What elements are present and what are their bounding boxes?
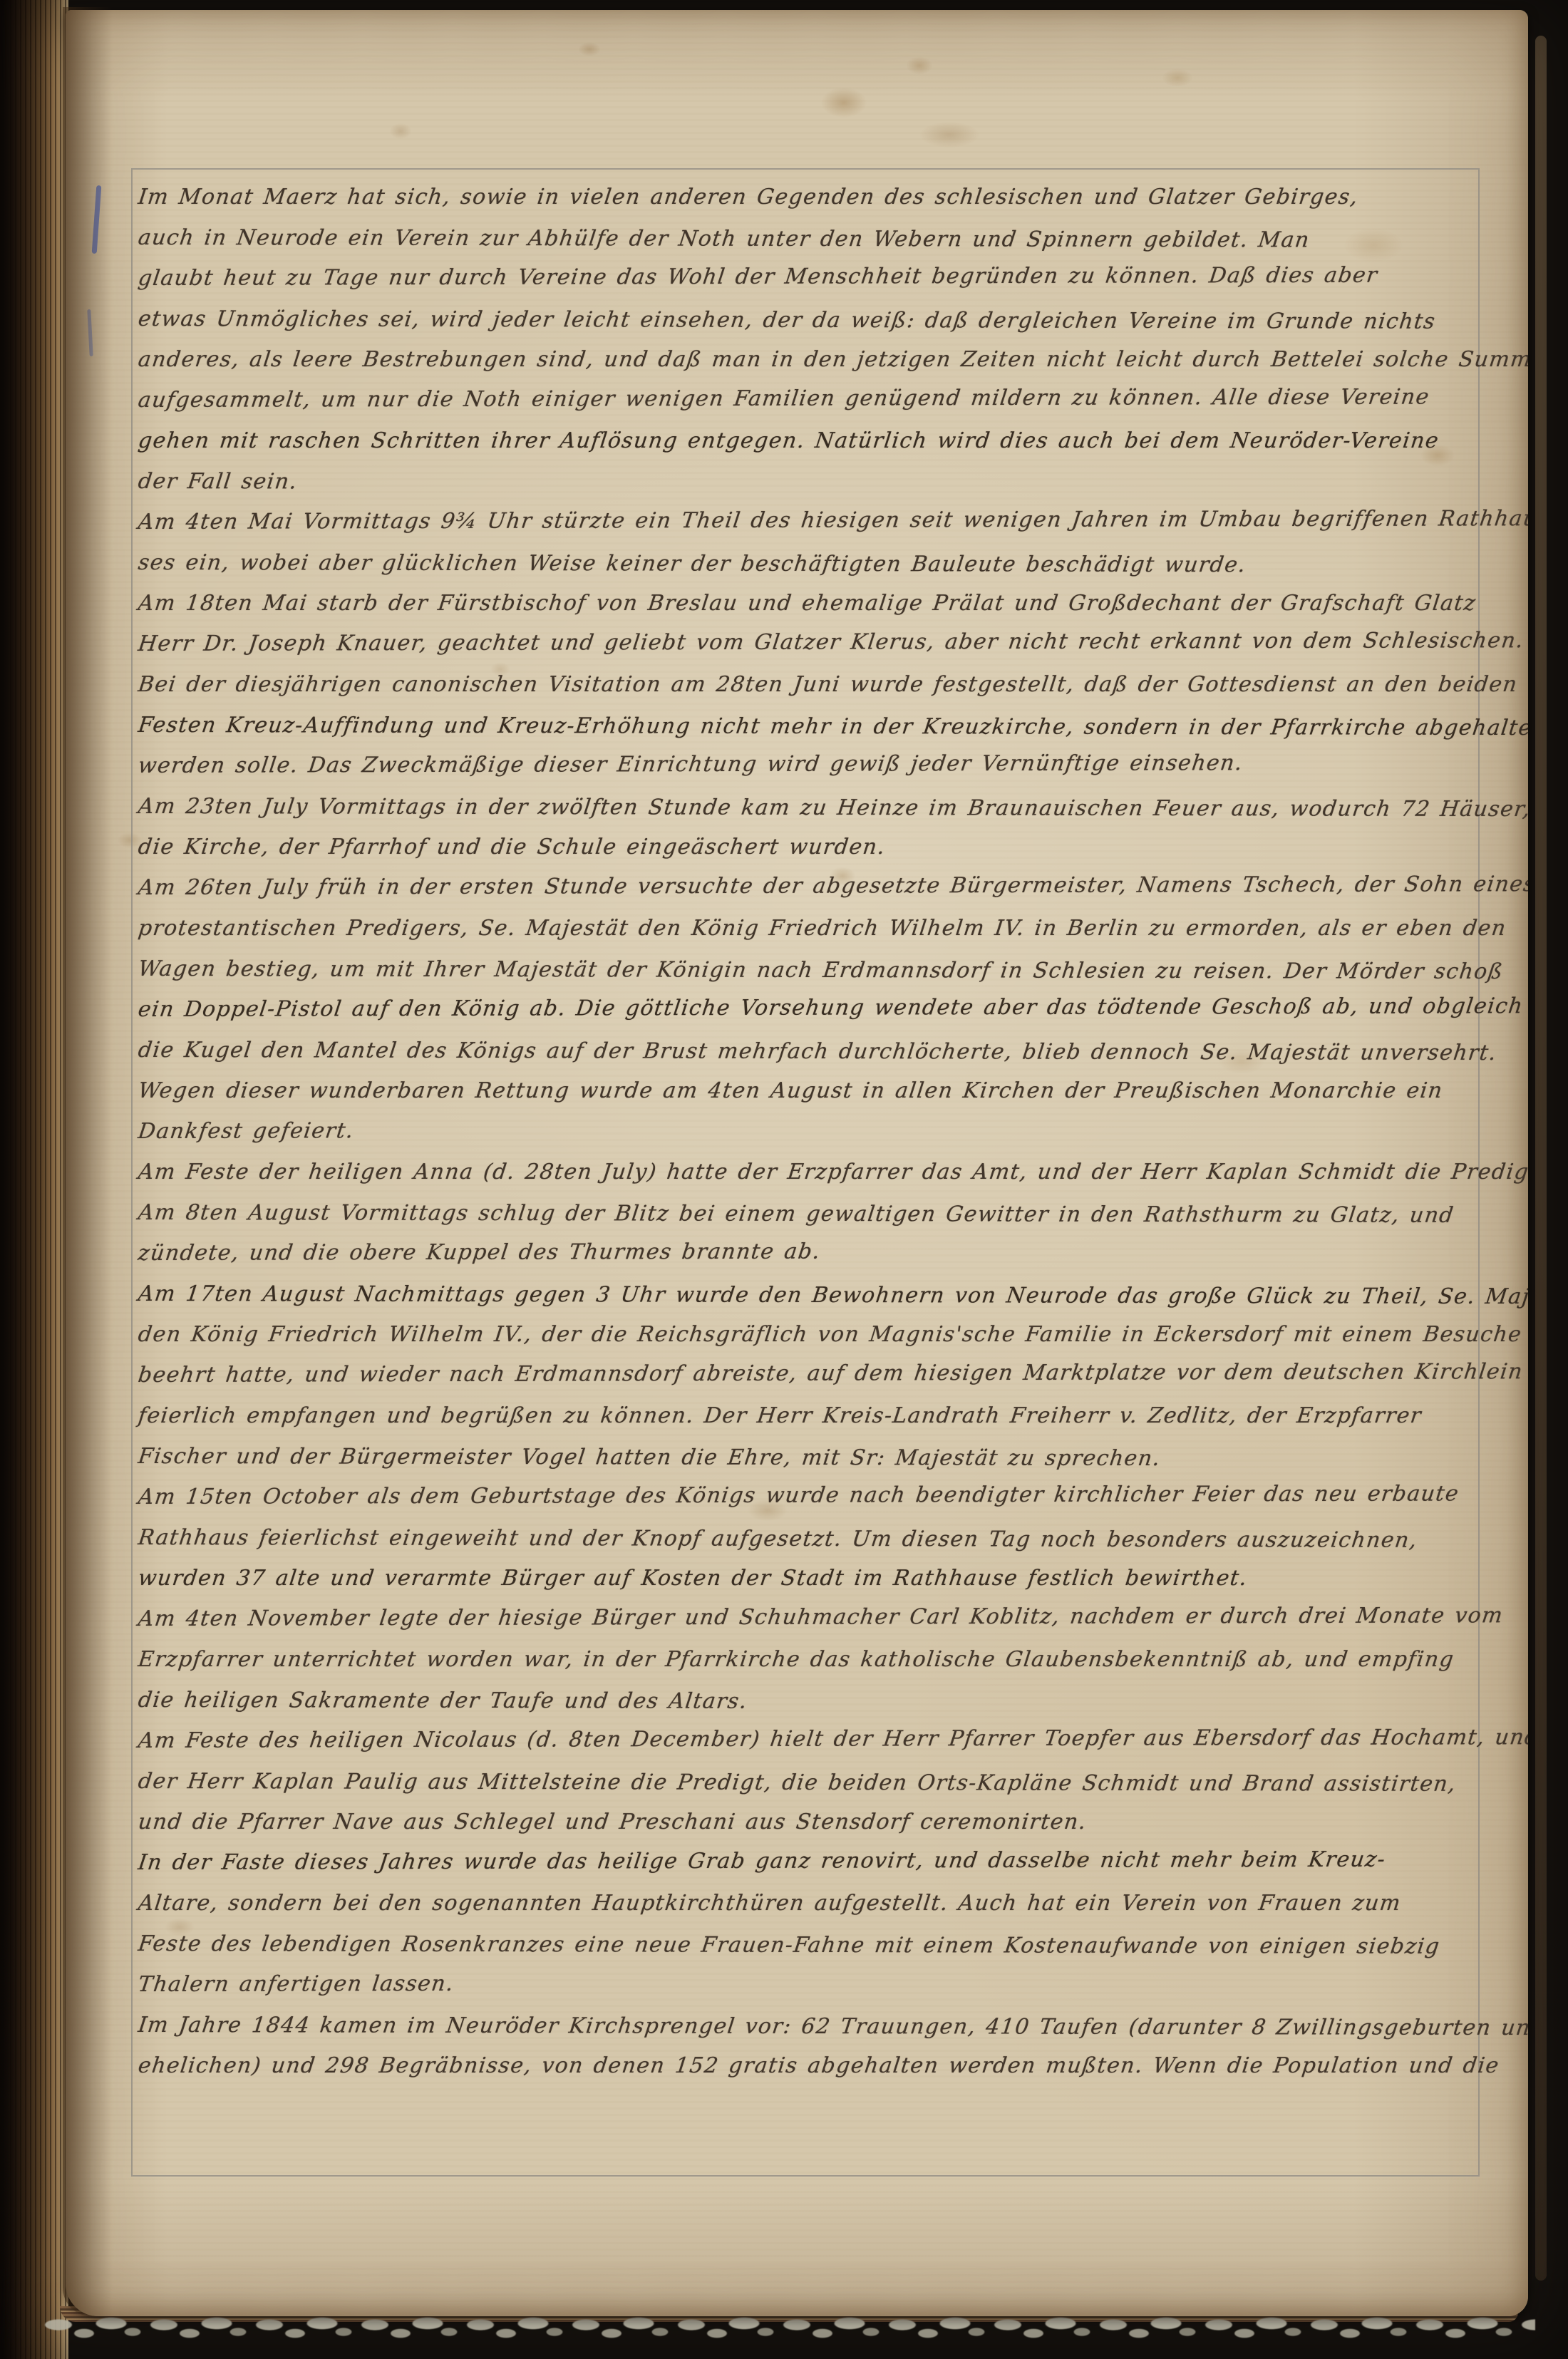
manuscript-line: ses ein, wobei aber glücklichen Weise ke… bbox=[135, 542, 1473, 586]
manuscript-line: auch in Neurode ein Verein zur Abhülfe d… bbox=[135, 217, 1473, 261]
manuscript-line: den König Friedrich Wilhelm IV., der die… bbox=[136, 1314, 1474, 1355]
manuscript-text: Im Monat Maerz hat sich, sowie in vielen… bbox=[138, 177, 1471, 2174]
manuscript-line: Am 4ten Mai Vormittags 9¾ Uhr stürzte ei… bbox=[135, 498, 1474, 542]
manuscript-line: Fischer und der Bürgermeister Vogel hatt… bbox=[135, 1436, 1473, 1480]
manuscript-line: Dankfest gefeiert. bbox=[135, 1108, 1474, 1152]
manuscript-line: Thalern anfertigen lassen. bbox=[135, 1961, 1474, 2005]
manuscript-line: Am Feste des heiligen Nicolaus (d. 8ten … bbox=[135, 1717, 1474, 1761]
manuscript-line: wurden 37 alte und verarmte Bürger auf K… bbox=[136, 1558, 1474, 1599]
book-photo: Im Monat Maerz hat sich, sowie in vielen… bbox=[0, 0, 1568, 2359]
manuscript-line: beehrt hatte, und wieder nach Erdmannsdo… bbox=[135, 1351, 1474, 1395]
manuscript-line: die Kirche, der Pfarrhof und die Schule … bbox=[136, 827, 1474, 867]
manuscript-line: Wagen bestieg, um mit Ihrer Majestät der… bbox=[135, 949, 1473, 992]
book-gutter-binding bbox=[0, 0, 68, 2359]
manuscript-line: Am Feste der heiligen Anna (d. 28ten Jul… bbox=[136, 1152, 1474, 1192]
manuscript-line: der Herr Kaplan Paulig aus Mittelsteine … bbox=[135, 1761, 1473, 1805]
manuscript-line: Wegen dieser wunderbaren Rettung wurde a… bbox=[136, 1070, 1474, 1111]
fore-edge-right bbox=[1535, 36, 1547, 2281]
manuscript-line: ehelichen) und 298 Begräbnisse, von dene… bbox=[136, 2045, 1474, 2086]
manuscript-line: werden solle. Das Zweckmäßige dieser Ein… bbox=[135, 742, 1474, 786]
manuscript-line: Altare, sondern bei den sogenannten Haup… bbox=[136, 1883, 1474, 1924]
manuscript-line: Im Monat Maerz hat sich, sowie in vielen… bbox=[136, 177, 1474, 217]
manuscript-line: Bei der diesjährigen canonischen Visitat… bbox=[136, 664, 1474, 705]
manuscript-line: Im Jahre 1844 kamen im Neuröder Kirchspr… bbox=[135, 2005, 1473, 2048]
manuscript-line: der Fall sein. bbox=[135, 461, 1473, 505]
manuscript-line: Am 17ten August Nachmittags gegen 3 Uhr … bbox=[135, 1274, 1473, 1317]
manuscript-page: Im Monat Maerz hat sich, sowie in vielen… bbox=[66, 10, 1528, 2316]
manuscript-line: aufgesammelt, um nur die Noth einiger we… bbox=[135, 376, 1474, 420]
manuscript-line: feierlich empfangen und begrüßen zu könn… bbox=[136, 1395, 1474, 1436]
manuscript-line: die Kugel den Mantel des Königs auf der … bbox=[135, 1030, 1473, 1073]
manuscript-line: Festen Kreuz-Auffindung und Kreuz-Erhöhu… bbox=[135, 705, 1473, 748]
manuscript-line: In der Faste dieses Jahres wurde das hei… bbox=[135, 1839, 1474, 1883]
manuscript-line: und die Pfarrer Nave aus Schlegel und Pr… bbox=[136, 1802, 1474, 1842]
manuscript-line: Am 8ten August Vormittags schlug der Bli… bbox=[135, 1192, 1473, 1236]
manuscript-line: Am 4ten November legte der hiesige Bürge… bbox=[135, 1595, 1474, 1639]
torn-bottom-deckle-edge bbox=[43, 2315, 1535, 2356]
manuscript-line: Am 18ten Mai starb der Fürstbischof von … bbox=[136, 583, 1474, 624]
manuscript-line: etwas Unmögliches sei, wird jeder leicht… bbox=[135, 299, 1473, 342]
manuscript-line: anderes, als leere Bestrebungen sind, un… bbox=[136, 339, 1474, 380]
manuscript-line: Rathhaus feierlichst eingeweiht und der … bbox=[135, 1517, 1473, 1561]
manuscript-line: die heiligen Sakramente der Taufe und de… bbox=[135, 1680, 1473, 1723]
manuscript-line: ein Doppel-Pistol auf den König ab. Die … bbox=[135, 986, 1474, 1030]
manuscript-line: protestantischen Predigers, Se. Majestät… bbox=[136, 908, 1474, 949]
manuscript-line: Am 26ten July früh in der ersten Stunde … bbox=[135, 864, 1474, 908]
manuscript-line: zündete, und die obere Kuppel des Thurme… bbox=[135, 1229, 1474, 1274]
manuscript-line: Herr Dr. Joseph Knauer, geachtet und gel… bbox=[135, 620, 1474, 664]
manuscript-line: Am 15ten October als dem Geburtstage des… bbox=[135, 1473, 1474, 1517]
manuscript-line: Am 23ten July Vormittags in der zwölften… bbox=[135, 786, 1473, 830]
manuscript-line: gehen mit raschen Schritten ihrer Auflös… bbox=[136, 420, 1474, 461]
manuscript-line: Erzpfarrer unterrichtet worden war, in d… bbox=[136, 1639, 1474, 1680]
manuscript-line: glaubt heut zu Tage nur durch Vereine da… bbox=[135, 254, 1474, 299]
manuscript-line: Feste des lebendigen Rosenkranzes eine n… bbox=[135, 1924, 1473, 1967]
